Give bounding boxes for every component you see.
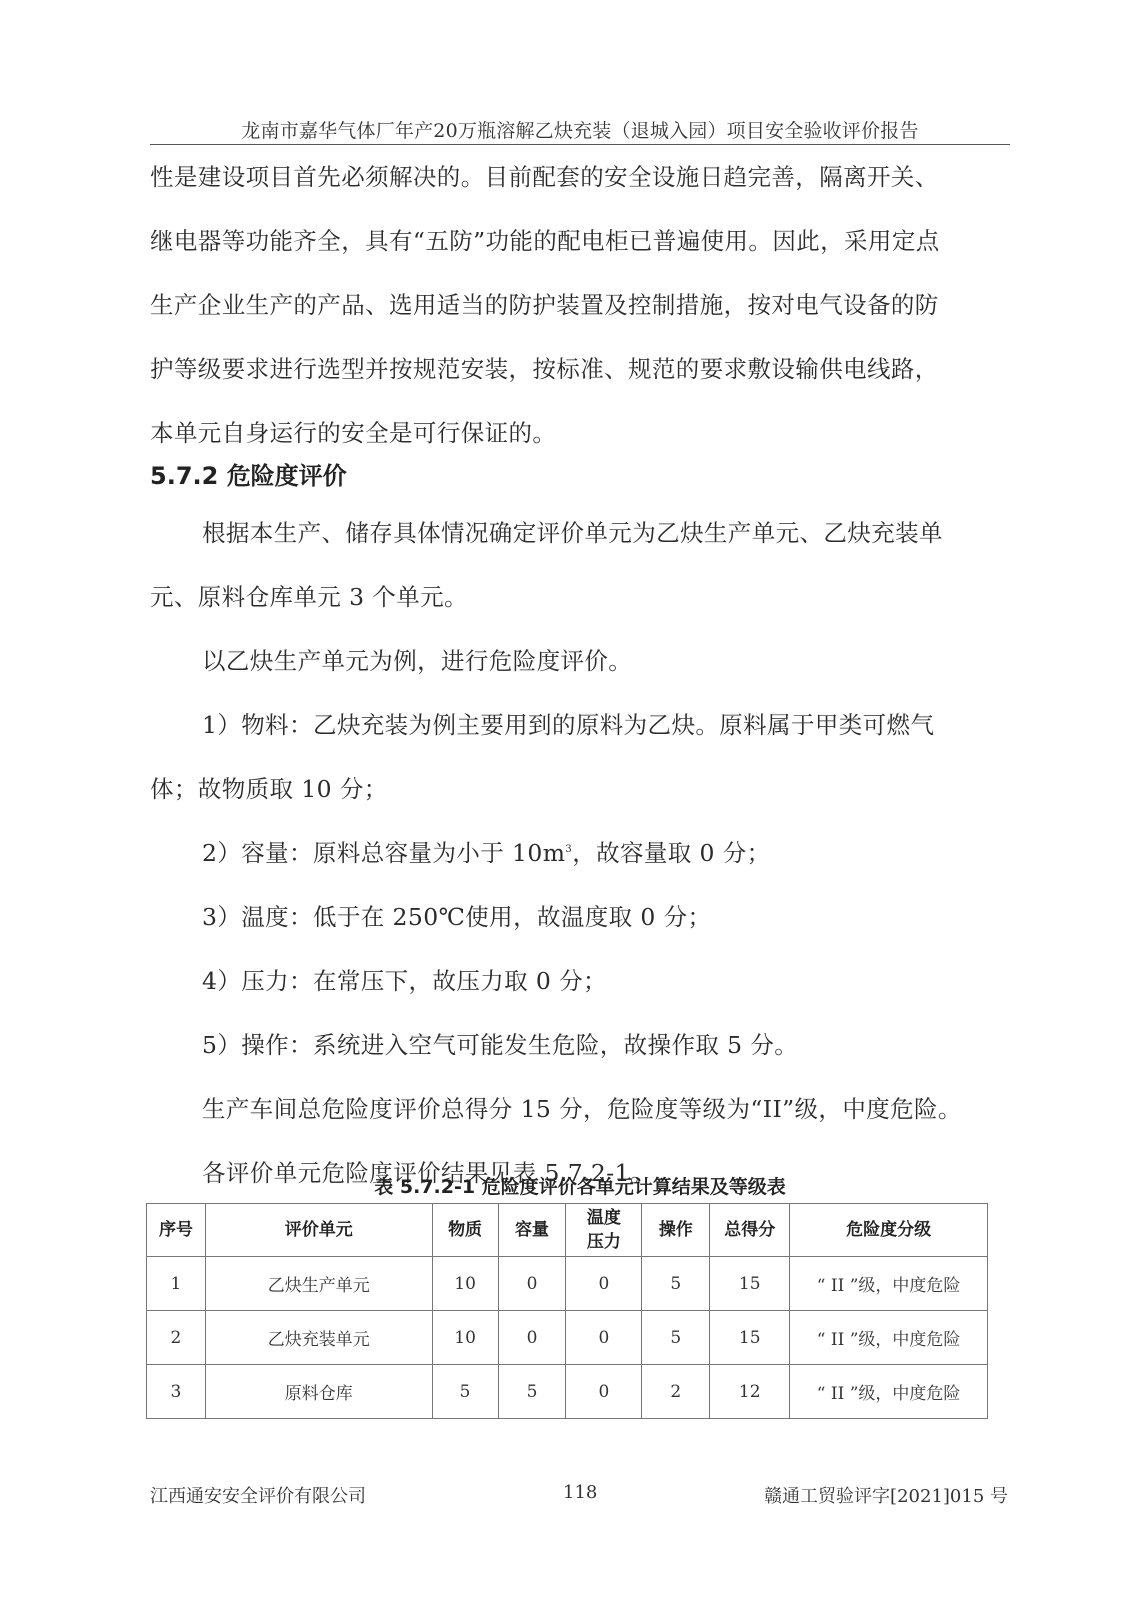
text-line: 生产企业生产的产品、选用适当的防护装置及控制措施，按对电气设备的防 <box>150 273 1010 337</box>
cell-temp-pressure: 0 <box>566 1257 642 1311</box>
list-item-temperature: 3）温度：低于在 250℃使用，故温度取 0 分； <box>150 885 1010 949</box>
cell-grade: “ II ”级，中度危险 <box>790 1311 988 1365</box>
report-title: 龙南市嘉华气体厂年产20万瓶溶解乙炔充装（退城入园）项目安全验收评价报告 <box>150 116 1010 143</box>
cell-capacity: 0 <box>498 1257 566 1311</box>
cell-substance: 10 <box>432 1311 498 1365</box>
text-segment: ，故容量取 0 分； <box>572 839 770 867</box>
col-header-no: 序号 <box>147 1204 206 1257</box>
cell-unit: 原料仓库 <box>205 1365 432 1419</box>
summary-text: 生产车间总危险度评价总得分 15 分，危险度等级为“II”级，中度危险。 <box>150 1077 1010 1141</box>
text-line: 护等级要求进行选型并按规范安装，按标准、规范的要求敷设输供电线路， <box>150 337 1010 401</box>
list-item-operation: 5）操作：系统进入空气可能发生危险，故操作取 5 分。 <box>150 1013 1010 1077</box>
cell-no: 1 <box>147 1257 206 1311</box>
col-header-operation: 操作 <box>642 1204 710 1257</box>
header-line: 温度 <box>587 1208 621 1228</box>
header-line: 压力 <box>587 1232 621 1252</box>
cell-operation: 5 <box>642 1311 710 1365</box>
cell-unit: 乙炔充装单元 <box>205 1311 432 1365</box>
text-line: 根据本生产、储存具体情况确定评价单元为乙炔生产单元、乙炔充装单 <box>150 501 1010 565</box>
table-row: 2 乙炔充装单元 10 0 0 5 15 “ II ”级，中度危险 <box>147 1311 988 1365</box>
footer-company: 江西通安安全评价有限公司 <box>150 1482 366 1508</box>
cell-temp-pressure: 0 <box>566 1365 642 1419</box>
table-header-row: 序号 评价单元 物质 容量 温度压力 操作 总得分 危险度分级 <box>147 1204 988 1257</box>
col-header-substance: 物质 <box>432 1204 498 1257</box>
cell-capacity: 0 <box>498 1311 566 1365</box>
cell-capacity: 5 <box>498 1365 566 1419</box>
text-line: 体；故物质取 10 分； <box>150 757 1010 821</box>
cell-total: 15 <box>710 1311 790 1365</box>
text-line: 继电器等功能齐全，具有“五防”功能的配电柜已普遍使用。因此，采用定点 <box>150 209 1010 273</box>
text-line: 以乙炔生产单元为例，进行危险度评价。 <box>150 629 1010 693</box>
table-caption: 表 5.7.2-1 危险度评价各单元计算结果及等级表 <box>150 1172 1010 1199</box>
text-line: 元、原料仓库单元 3 个单元。 <box>150 565 1010 629</box>
cell-no: 2 <box>147 1311 206 1365</box>
col-header-total: 总得分 <box>710 1204 790 1257</box>
list-item-capacity: 2）容量：原料总容量为小于 10m3，故容量取 0 分； <box>150 821 1010 885</box>
list-item-substance: 1）物料：乙炔充装为例主要用到的原料为乙炔。原料属于甲类可燃气 <box>150 693 1010 757</box>
cell-unit: 乙炔生产单元 <box>205 1257 432 1311</box>
col-header-unit: 评价单元 <box>205 1204 432 1257</box>
cell-substance: 10 <box>432 1257 498 1311</box>
risk-grade-table: 序号 评价单元 物质 容量 温度压力 操作 总得分 危险度分级 1 乙炔生产单元… <box>146 1203 988 1419</box>
col-header-temp-pressure: 温度压力 <box>566 1204 642 1257</box>
intro-paragraph: 性是建设项目首先必须解决的。目前配套的安全设施日趋完善，隔离开关、 继电器等功能… <box>150 145 1010 465</box>
cell-total: 12 <box>710 1365 790 1419</box>
cell-temp-pressure: 0 <box>566 1311 642 1365</box>
text-segment: 2）容量：原料总容量为小于 10m <box>202 839 565 867</box>
page-number: 118 <box>563 1482 597 1503</box>
list-item-pressure: 4）压力：在常压下，故压力取 0 分； <box>150 949 1010 1013</box>
cell-grade: “ II ”级，中度危险 <box>790 1365 988 1419</box>
cell-substance: 5 <box>432 1365 498 1419</box>
cell-grade: “ II ”级，中度危险 <box>790 1257 988 1311</box>
table-row: 1 乙炔生产单元 10 0 0 5 15 “ II ”级，中度危险 <box>147 1257 988 1311</box>
cell-total: 15 <box>710 1257 790 1311</box>
text-line: 性是建设项目首先必须解决的。目前配套的安全设施日趋完善，隔离开关、 <box>150 145 1010 209</box>
cell-no: 3 <box>147 1365 206 1419</box>
col-header-grade: 危险度分级 <box>790 1204 988 1257</box>
table-row: 3 原料仓库 5 5 0 2 12 “ II ”级，中度危险 <box>147 1365 988 1419</box>
footer-doc-number: 赣通工贸验评字[2021]015 号 <box>764 1482 1008 1508</box>
cell-operation: 2 <box>642 1365 710 1419</box>
section-body: 根据本生产、储存具体情况确定评价单元为乙炔生产单元、乙炔充装单 元、原料仓库单元… <box>150 501 1010 1205</box>
cell-operation: 5 <box>642 1257 710 1311</box>
section-heading: 5.7.2 危险度评价 <box>150 456 347 491</box>
col-header-capacity: 容量 <box>498 1204 566 1257</box>
